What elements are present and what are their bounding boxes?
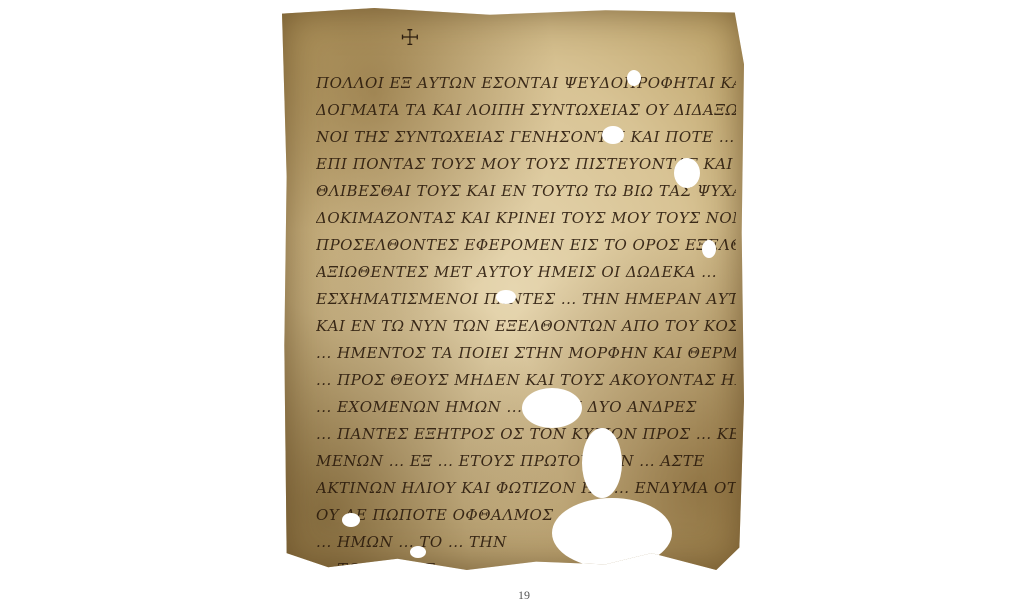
- text-line: ΟΥ ΔΕ ΠΩΠΟΤΕ ΟΦΘΑΛΜΟΣ ... ΣΤΟΜΑ: [316, 502, 736, 529]
- manuscript-text: ΠΟΛΛΟΙ ΕΞ ΑΥΤΩΝ ΕΣΟΝΤΑΙ ΨΕΥΔΟΠΡΟΦΗΤΑΙ ΚΑ…: [316, 70, 736, 583]
- damage-hole: [627, 70, 641, 86]
- text-line: ΔΟΓΜΑΤΑ ΤΑ ΚΑΙ ΛΟΙΠΗ ΣΥΝΤΩΧΕΙΑΣ ΟΥ ΔΙΔΑΞ…: [316, 97, 736, 124]
- text-line: ΘΛΙΒΕΣΘΑΙ ΤΟΥΣ ΚΑΙ ΕΝ ΤΟΥΤΩ ΤΩ ΒΙΩ ΤΑΣ Ψ…: [316, 178, 736, 205]
- text-line: ΑΞΙΩΘΕΝΤΕΣ ΜΕΤ ΑΥΤΟΥ ΗΜΕΙΣ ΟΙ ΔΩΔΕΚΑ ...: [316, 259, 736, 286]
- text-line: ΝΟΙ ΤΗΣ ΣΥΝΤΩΧΕΙΑΣ ΓΕΝΗΣΟΝΤΑΙ ΚΑΙ ΠΟΤΕ .…: [316, 124, 736, 151]
- manuscript-photo: ☩ ΠΟΛΛΟΙ ΕΞ ΑΥΤΩΝ ΕΣΟΝΤΑΙ ΨΕΥΔΟΠΡΟΦΗΤΑΙ …: [0, 0, 1030, 600]
- damage-hole: [582, 428, 622, 498]
- damage-hole: [602, 126, 624, 144]
- cross-symbol-icon: ☩: [400, 26, 420, 51]
- text-line: ... ΗΜΩΝ ... ΤΟ ... ΤΗΝ: [316, 529, 736, 556]
- text-line: ΚΑΙ ΕΝ ΤΩ ΝΥΝ ΤΩΝ ΕΞΕΛΘΟΝΤΩΝ ΑΠΟ ΤΟΥ ΚΟΣ…: [316, 313, 736, 340]
- page-number: 19: [518, 588, 530, 600]
- manuscript-leaf: ☩ ΠΟΛΛΟΙ ΕΞ ΑΥΤΩΝ ΕΣΟΝΤΑΙ ΨΕΥΔΟΠΡΟΦΗΤΑΙ …: [282, 8, 744, 570]
- text-line: ΜΕΝΩΝ ... ΕΞ ... ΕΤΟΥΣ ΠΡΩΤΟΥ ΤΗΝ ... ΑΣ…: [316, 448, 736, 475]
- damage-hole: [702, 240, 716, 258]
- text-line: ΕΠΙ ΠΟΝΤΑΣ ΤΟΥΣ ΜΟΥ ΤΟΥΣ ΠΙΣΤΕΥΟΝΤΑΣ ΚΑΙ…: [316, 151, 736, 178]
- text-line: ... ΠΡΟΣ ΘΕΟΥΣ ΜΗΔΕΝ ΚΑΙ ΤΟΥΣ ΑΚΟΥΟΝΤΑΣ …: [316, 367, 736, 394]
- text-line: ΠΡΟΣΕΛΘΟΝΤΕΣ ΕΦΕΡΟΜΕΝ ΕΙΣ ΤΟ ΟΡΟΣ ΕΞΕΛΘΩ…: [316, 232, 736, 259]
- text-line: ΑΚΤΙΝΩΝ ΗΛΙΟΥ ΚΑΙ ΦΩΤΙΖΟΝ ΗΝ ... ΕΝΔΥΜΑ …: [316, 475, 736, 502]
- text-line: ΠΟΛΛΟΙ ΕΞ ΑΥΤΩΝ ΕΣΟΝΤΑΙ ΨΕΥΔΟΠΡΟΦΗΤΑΙ ΚΑ…: [316, 70, 736, 97]
- damage-hole: [410, 546, 426, 558]
- damage-hole: [674, 158, 700, 188]
- damage-hole: [522, 388, 582, 428]
- damage-hole: [496, 290, 516, 304]
- text-line: ΔΟΚΙΜΑΖΟΝΤΑΣ ΚΑΙ ΚΡΙΝΕΙ ΤΟΥΣ ΜΟΥ ΤΟΥΣ ΝΟ…: [316, 205, 736, 232]
- text-line: ... ΠΑΝΤΕΣ ΕΞΗΤΡΟΣ ΟΣ ΤΟΝ ΚΥΡΙΟΝ ΠΡΟΣ ..…: [316, 421, 736, 448]
- text-line: ... ΤΟ ΚΑΛΛΟΣ ...: [316, 556, 736, 583]
- damage-hole: [342, 513, 360, 527]
- damage-hole: [552, 498, 672, 568]
- text-line: ... ΗΜΕΝΤΟΣ ΤΑ ΠΟΙΕΙ ΣΤΗΝ ΜΟΡΦΗΝ ΚΑΙ ΘΕΡ…: [316, 340, 736, 367]
- text-line: ΕΣΧΗΜΑΤΙΣΜΕΝΟΙ ΠΑΝΤΕΣ ... ΤΗΝ ΗΜΕΡΑΝ ΑΥΤ…: [316, 286, 736, 313]
